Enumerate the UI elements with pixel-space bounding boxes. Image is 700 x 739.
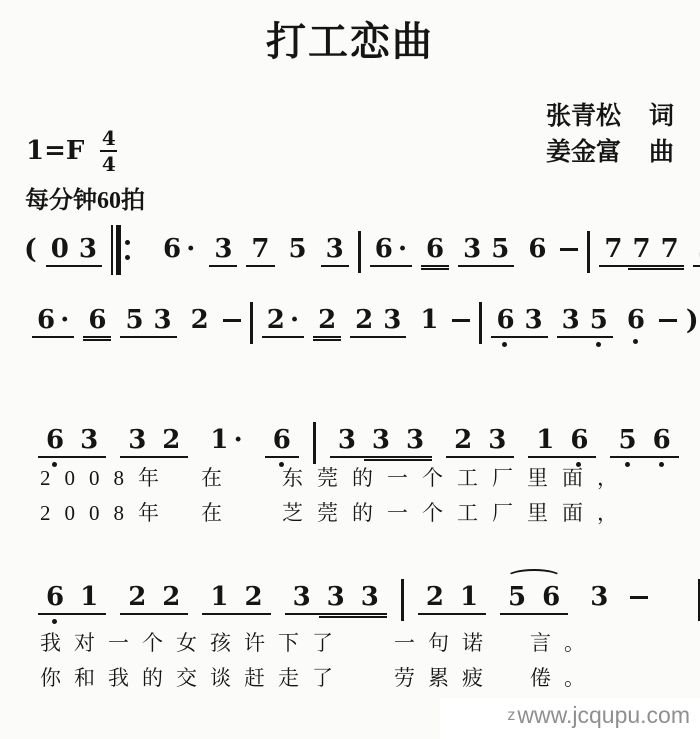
beam-group: 23	[350, 307, 406, 338]
note: 6	[622, 307, 650, 338]
note: 2	[120, 584, 154, 615]
note: 2	[154, 427, 188, 458]
beam-group: 6	[421, 236, 449, 267]
repeat-begin-sign	[111, 225, 130, 275]
beam-group: 53	[120, 307, 176, 338]
note: 5	[585, 307, 613, 338]
score-line-4: 61221233321563	[38, 584, 700, 621]
sheet-music-page: 打工恋曲 张青松 词 姜金富 曲 1=F 4 4 每分钟60拍 (036 ·37…	[0, 0, 700, 739]
note: 6	[265, 427, 299, 458]
beam-group: 6 ·	[158, 236, 200, 267]
note: 3	[364, 427, 398, 458]
note: 3	[120, 427, 154, 458]
key-text: 1=F	[26, 138, 84, 164]
dash-extender	[659, 319, 677, 322]
note: 1	[415, 307, 443, 338]
note: 2	[186, 307, 214, 338]
lyrics-segment: 在	[201, 466, 236, 491]
beam-group: 2	[313, 307, 341, 338]
repeat-dots	[125, 240, 130, 260]
score-line-1: (036 ·37536 ·6356777573	[24, 236, 700, 275]
note: 5	[610, 427, 644, 458]
beam-group: 35	[557, 307, 613, 338]
beam-group: 22	[120, 584, 188, 615]
note: 3	[582, 584, 616, 615]
beam-group: 16	[528, 427, 596, 458]
note: 5	[120, 307, 148, 338]
note: 5	[486, 236, 514, 267]
time-signature-denominator: 4	[102, 154, 116, 174]
tempo-marking: 每分钟60拍	[25, 188, 145, 214]
beam-group: 6	[622, 307, 650, 338]
beam-group: 61	[38, 584, 106, 615]
note: 3	[458, 236, 486, 267]
lyrics-segment: 倦。	[530, 666, 598, 691]
score-line-2: 6 ·65322 ·223163356)	[32, 307, 700, 344]
note: 5	[693, 236, 700, 267]
note: 6 ·	[32, 307, 74, 338]
lyrics-line-1: 2008年在东莞的一个工厂里面，	[40, 466, 632, 491]
note: 2 ·	[262, 307, 304, 338]
barline	[587, 231, 590, 273]
note: 6	[645, 427, 679, 458]
note: 3	[321, 236, 349, 267]
note: 3	[319, 584, 353, 615]
credits-block: 张青松 词 姜金富 曲	[546, 104, 674, 165]
beam-group: 7	[246, 236, 274, 267]
beam-group: 6	[523, 236, 551, 267]
beam-group: 6	[83, 307, 111, 338]
note: 6	[38, 427, 72, 458]
barline	[358, 231, 361, 273]
note: 6	[83, 307, 111, 338]
beam-group: 333	[330, 427, 432, 458]
note: 7	[656, 236, 684, 267]
watermark: z www.jcqupu.com	[507, 702, 690, 730]
beam-group: 3	[582, 584, 616, 615]
beam-group: 3	[321, 236, 349, 267]
score-line-3: 63321 ·6333231656	[38, 427, 700, 464]
lyricist-row: 张青松 词	[546, 104, 674, 129]
dash-extender	[560, 248, 578, 251]
note: 1 ·	[202, 427, 250, 458]
note: 7	[246, 236, 274, 267]
beam-group: 12	[202, 584, 270, 615]
note: 3	[285, 584, 319, 615]
parenthesis: )	[686, 307, 699, 334]
beam-group: 6 ·	[32, 307, 74, 338]
note: 6	[523, 236, 551, 267]
parenthesis: (	[24, 236, 37, 263]
dash-extender	[452, 319, 470, 322]
note: 1	[202, 584, 236, 615]
beam-group: 21	[418, 584, 486, 615]
lyrics-segment: 你和我的交谈赶走了	[40, 666, 346, 691]
note: 6	[421, 236, 449, 267]
barline	[401, 579, 404, 621]
note: 3	[74, 236, 102, 267]
composer-row: 姜金富 曲	[546, 140, 674, 165]
lyrics-segment: 言。	[530, 631, 598, 656]
beam-group: 6 ·	[370, 236, 412, 267]
lyrics-segment: 我对一个女孩许下了	[40, 631, 346, 656]
beam-group: 2 ·	[262, 307, 304, 338]
note: 3	[330, 427, 364, 458]
note: 3	[209, 236, 237, 267]
composer-role: 曲	[649, 140, 674, 165]
beam-group: 1 ·	[202, 427, 250, 458]
note: 1	[528, 427, 562, 458]
note: 6	[38, 584, 72, 615]
note: 3	[480, 427, 514, 458]
lyrics-segment: 劳累疲	[394, 666, 496, 691]
beam-group: 1	[415, 307, 443, 338]
beam-group: 2	[186, 307, 214, 338]
watermark-url: www.jcqupu.com	[517, 702, 690, 730]
lyrics-segment: 在	[201, 501, 236, 526]
composer-name: 姜金富	[546, 140, 621, 165]
note: 7	[599, 236, 627, 267]
beam-group: 777	[599, 236, 683, 267]
lyrics-segment: 芝莞的一个工厂里面，	[282, 501, 632, 526]
note: 2	[236, 584, 270, 615]
note: 2	[350, 307, 378, 338]
note: 5	[284, 236, 312, 267]
note: 3	[72, 427, 106, 458]
note: 3	[149, 307, 177, 338]
dash-extender	[630, 596, 648, 599]
beam-group: 333	[285, 584, 387, 615]
spacer	[693, 427, 700, 428]
spacer	[139, 236, 149, 237]
beam-group: 03	[46, 236, 102, 267]
note: 5	[500, 584, 534, 615]
lyricist-role: 词	[649, 104, 674, 129]
barline	[250, 302, 253, 344]
barline	[479, 302, 482, 344]
beam-group: 57	[693, 236, 700, 267]
note: 1	[452, 584, 486, 615]
beam-group: 56	[610, 427, 678, 458]
lyricist-name: 张青松	[546, 104, 621, 129]
song-title: 打工恋曲	[0, 22, 700, 62]
key-signature: 1=F 4 4	[26, 128, 117, 174]
note: 2	[154, 584, 188, 615]
beam-group: 63	[38, 427, 106, 458]
note: 6	[534, 584, 568, 615]
note: 3	[353, 584, 387, 615]
lyrics-line-4: 你和我的交谈赶走了劳累疲倦。	[40, 666, 598, 691]
beam-group: 6	[265, 427, 299, 458]
time-signature: 4 4	[100, 128, 117, 174]
note: 6 ·	[158, 236, 200, 267]
note: 7	[628, 236, 656, 267]
barline	[313, 422, 316, 464]
beam-group: 56	[500, 584, 568, 615]
beam-group: 23	[446, 427, 514, 458]
spacer	[662, 584, 684, 585]
beam-group: 63	[491, 307, 547, 338]
lyrics-line-3: 我对一个女孩许下了一句诺言。	[40, 631, 598, 656]
note: 3	[378, 307, 406, 338]
note: 0	[46, 236, 74, 267]
note: 3	[520, 307, 548, 338]
time-signature-numerator: 4	[102, 128, 116, 148]
note: 3	[557, 307, 585, 338]
lyrics-segment: 2008年	[40, 501, 173, 526]
dash-extender	[223, 319, 241, 322]
lyrics-segment: 2008年	[40, 466, 173, 491]
watermark-cursor-icon: z	[507, 706, 515, 725]
note: 6 ·	[370, 236, 412, 267]
note: 6	[562, 427, 596, 458]
beam-group: 32	[120, 427, 188, 458]
note: 2	[418, 584, 452, 615]
note: 6	[491, 307, 519, 338]
beam-group: 3	[209, 236, 237, 267]
note: 2	[446, 427, 480, 458]
note: 3	[398, 427, 432, 458]
lyrics-line-2: 2008年在芝莞的一个工厂里面，	[40, 501, 632, 526]
note: 1	[72, 584, 106, 615]
beam-group: 5	[284, 236, 312, 267]
lyrics-segment: 东莞的一个工厂里面，	[282, 466, 632, 491]
beam-group: 35	[458, 236, 514, 267]
note: 2	[313, 307, 341, 338]
lyrics-segment: 一句诺	[394, 631, 496, 656]
